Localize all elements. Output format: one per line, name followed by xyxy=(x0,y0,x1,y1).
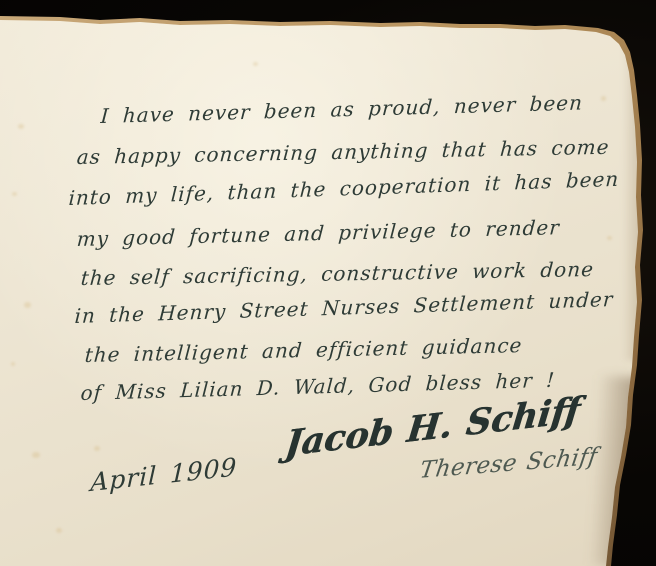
inscription-date: April 1909 xyxy=(90,452,238,497)
inscription-line: in the Henry Street Nurses Settlement un… xyxy=(74,287,614,328)
inscription-line: the intelligent and efficient guidance xyxy=(84,333,523,367)
inscription-line: into my life, than the cooperation it ha… xyxy=(68,167,620,210)
handwritten-page: I have never been as proud, never been a… xyxy=(0,0,656,566)
inscription-line: I have never been as proud, never been xyxy=(100,90,584,128)
inscription-line: the self sacrificing, constructive work … xyxy=(80,257,595,290)
inscription-line: of Miss Lilian D. Wald, God bless her ! xyxy=(80,368,556,405)
signature-therese-schiff: Therese Schiff xyxy=(418,444,599,484)
inscription: I have never been as proud, never been a… xyxy=(0,0,656,566)
inscription-line: as happy concerning anything that has co… xyxy=(76,135,610,169)
inscription-line: my good fortune and privilege to render xyxy=(76,215,561,251)
photo-frame: I have never been as proud, never been a… xyxy=(0,0,656,566)
